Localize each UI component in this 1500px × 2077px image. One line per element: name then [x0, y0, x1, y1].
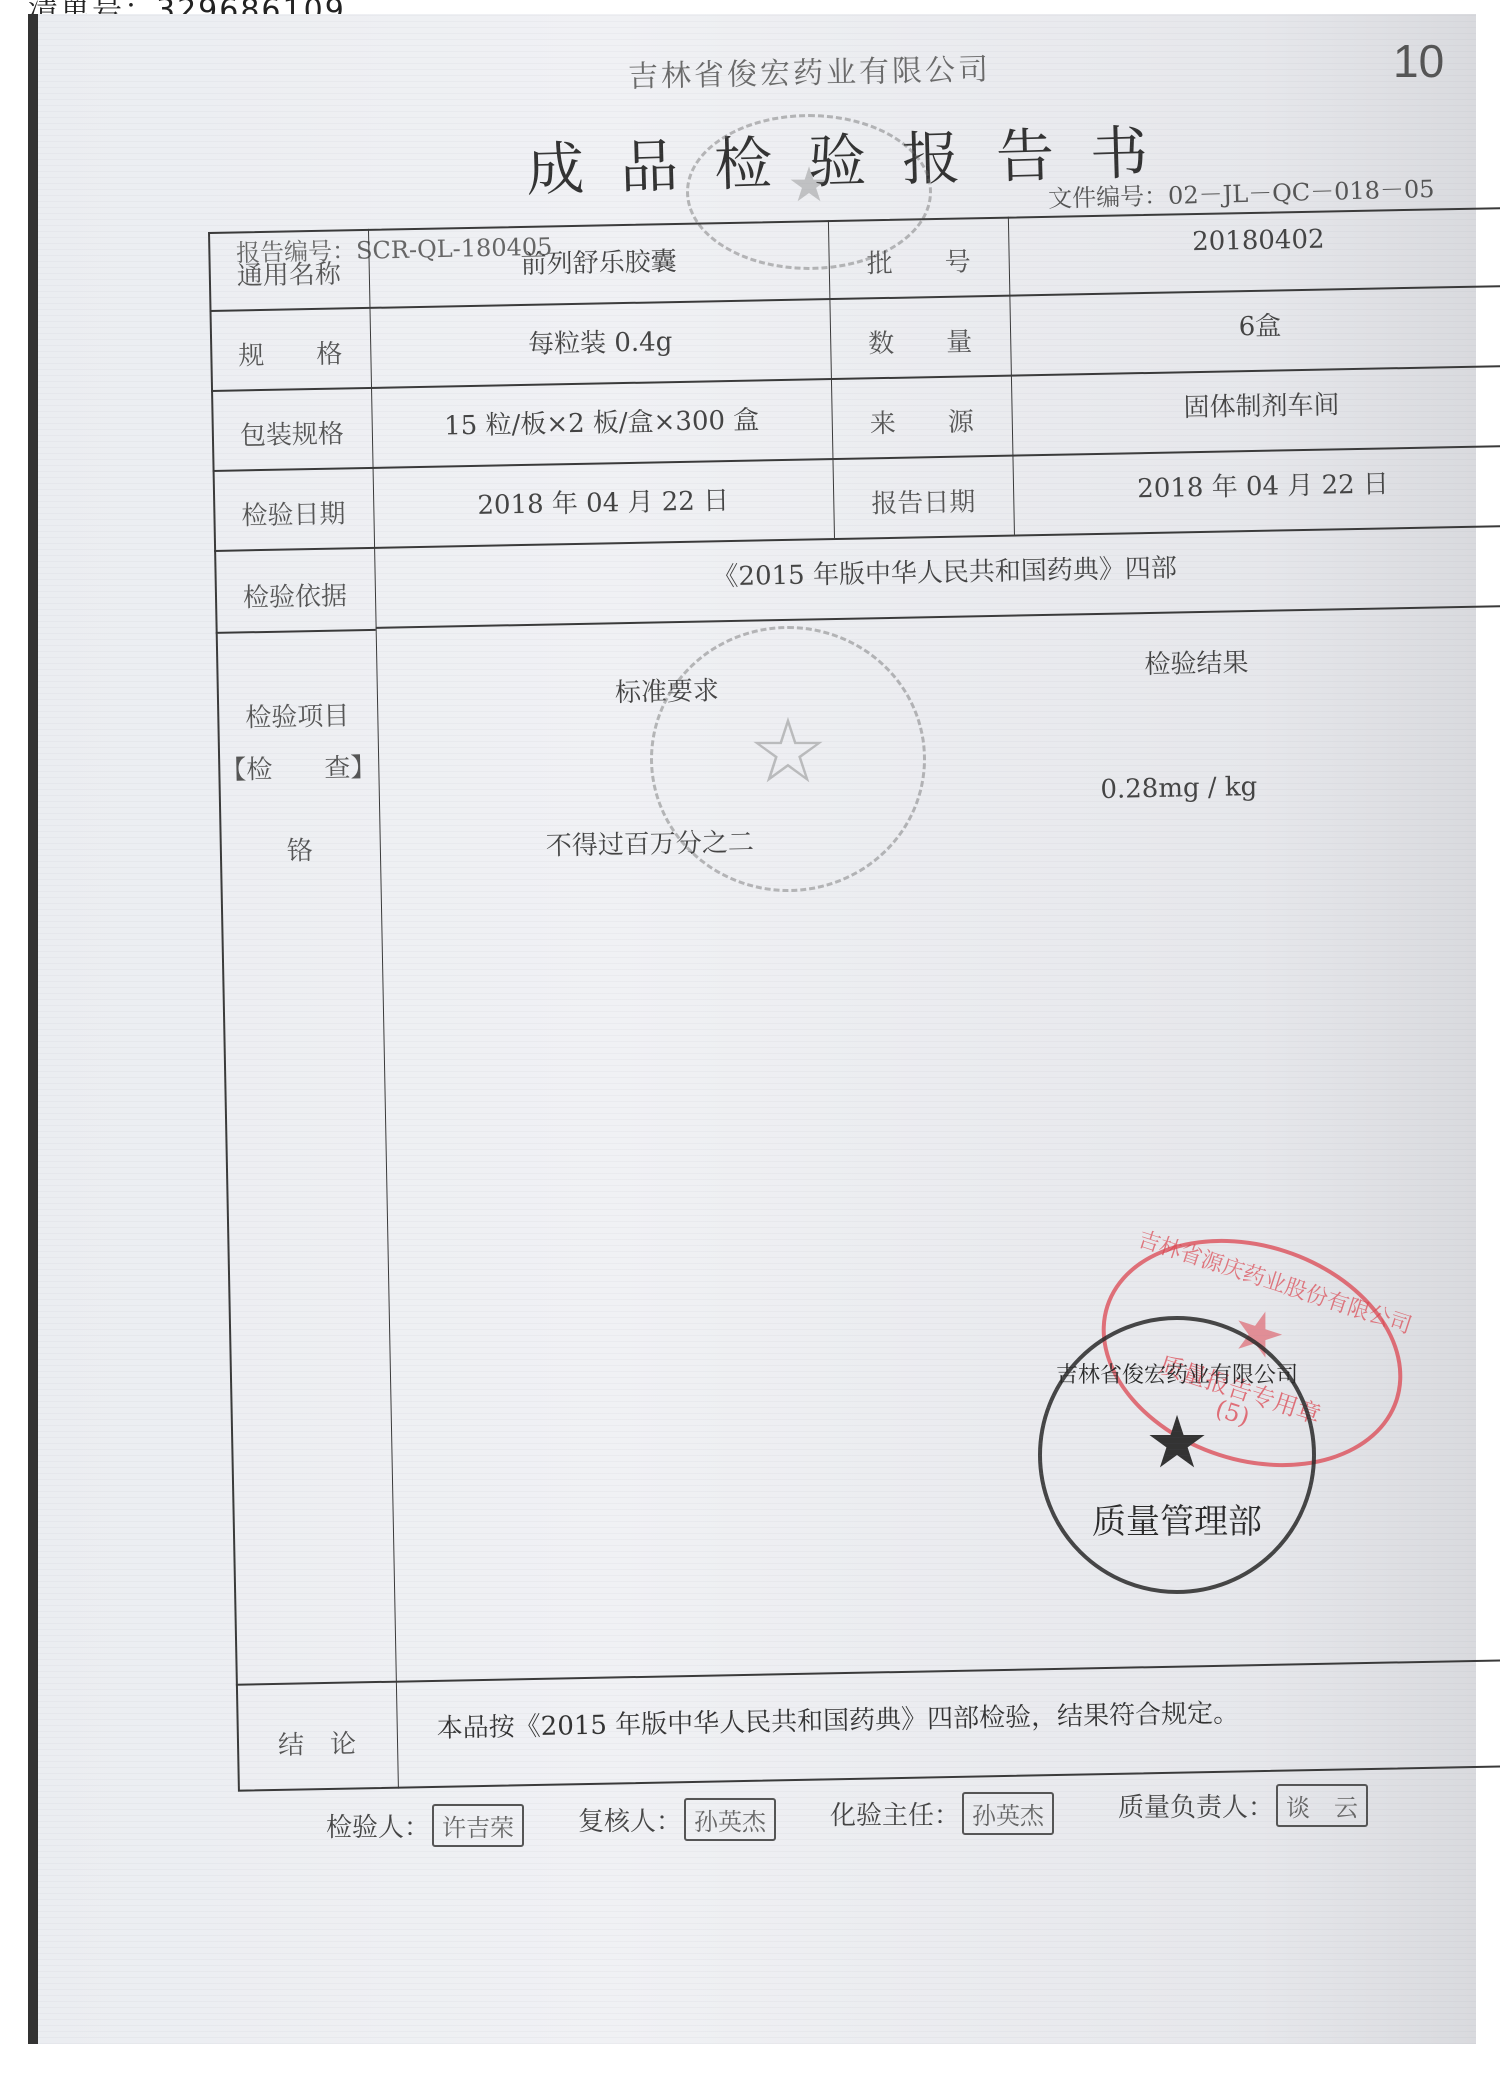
scan-left-edge	[28, 14, 38, 2044]
report-date-value: 2018 年 04 月 22 日	[1013, 461, 1500, 508]
basis-label: 检验依据	[215, 575, 376, 615]
table-frame	[208, 207, 1500, 1792]
inspection-seal: ★	[686, 114, 932, 270]
basis-value: 《2015 年版中华人民共和国药典》四部	[374, 541, 1500, 600]
company-seal-center-text: 质量管理部	[1042, 1494, 1312, 1543]
quantity-value: 6盒	[1010, 301, 1500, 348]
signature-name-seal: 许吉荣	[432, 1804, 524, 1847]
report-number: 报告编号：SCR-QL-180405	[236, 227, 553, 269]
result-header: 检验结果	[996, 639, 1397, 684]
document-page: 10 吉林省俊宏药业有限公司 成品检验报告书 文件编号：02－JL－QC－018…	[38, 14, 1476, 2044]
report-date-label: 报告日期	[833, 481, 1014, 521]
signature-role: 化验主任：	[830, 1801, 960, 1831]
signature-name-seal: 谈 云	[1276, 1784, 1368, 1827]
standard-header: 标准要求	[517, 668, 818, 711]
test-item-name: 铬	[220, 829, 381, 869]
spec-label: 规 格	[210, 333, 371, 373]
report-table: 通用名称 前列舒乐胶囊 批 号 20180402 规 格 每粒装 0.4g 数 …	[208, 207, 1500, 1792]
source-value: 固体制剂车间	[1011, 381, 1500, 428]
batch-label: 批 号	[828, 241, 1009, 281]
inspection-seal-star-icon: ★	[689, 157, 929, 213]
packaging-label: 包装规格	[212, 413, 373, 453]
signature-lab-director: 化验主任：孙英杰	[830, 1792, 1054, 1835]
signature-reviewer: 复核人：孙英杰	[578, 1798, 776, 1841]
packaging-value: 15 粒/板×2 板/盒×300 盒	[371, 398, 832, 444]
red-seal-inner-text: 质量报告专用章	[1093, 1325, 1389, 1451]
red-quality-report-seal: 吉林省源庆药业股份有限公司 ★ 质量报告专用章 (5)	[1072, 1202, 1432, 1505]
signature-quality-head: 质量负责人：谈 云	[1118, 1784, 1368, 1827]
category-label: 【检 查】	[218, 747, 379, 787]
batch-value: 20180402	[1008, 221, 1500, 261]
test-date-label: 检验日期	[213, 493, 374, 533]
handwritten-page-number: 10	[1393, 34, 1444, 88]
signature-role: 质量负责人：	[1118, 1793, 1274, 1823]
source-label: 来 源	[831, 401, 1012, 441]
signature-name-seal: 孙英杰	[684, 1798, 776, 1841]
seal-star-icon: ☆	[653, 699, 923, 804]
conclusion-text: 本品按《2015 年版中华人民共和国药典》四部检验，结果符合规定。	[436, 1692, 1239, 1744]
item-header: 检验项目	[217, 695, 378, 735]
test-row: 铬 不得过百万分之二 0.28mg / kg	[208, 207, 1500, 232]
signature-name-seal: 孙英杰	[962, 1792, 1054, 1835]
test-item-result: 0.28mg / kg	[979, 770, 1380, 808]
quantity-label: 数 量	[830, 321, 1011, 361]
company-inspection-seal: ☆	[650, 626, 926, 892]
red-seal-arc-text: 吉林省源庆药业股份有限公司	[1128, 1220, 1423, 1342]
test-item-standard: 不得过百万分之二	[449, 820, 850, 865]
red-seal-star-icon: ★	[1105, 1254, 1412, 1413]
test-date-value: 2018 年 04 月 22 日	[373, 478, 834, 524]
signature-role: 检验人：	[326, 1813, 430, 1843]
spec-value: 每粒装 0.4g	[370, 318, 831, 364]
document-number: 文件编号：02－JL－QC－018－05	[1048, 169, 1435, 214]
company-seal-arc-text: 吉林省俊宏药业有限公司	[1042, 1358, 1312, 1389]
signature-role: 复核人：	[578, 1807, 682, 1837]
signature-inspector: 检验人：许吉荣	[326, 1804, 524, 1847]
document-title: 成品检验报告书	[525, 105, 1185, 207]
generic-name-label: 通用名称	[208, 253, 369, 293]
quality-department-seal: 吉林省俊宏药业有限公司 ★ 质量管理部	[1038, 1316, 1316, 1594]
company-seal-star-icon: ★	[1042, 1400, 1312, 1484]
conclusion-label: 结 论	[237, 1723, 398, 1763]
red-seal-number: (5)	[1086, 1353, 1380, 1472]
generic-name-value: 前列舒乐胶囊	[368, 238, 829, 284]
company-name: 吉林省俊宏药业有限公司	[628, 44, 992, 96]
